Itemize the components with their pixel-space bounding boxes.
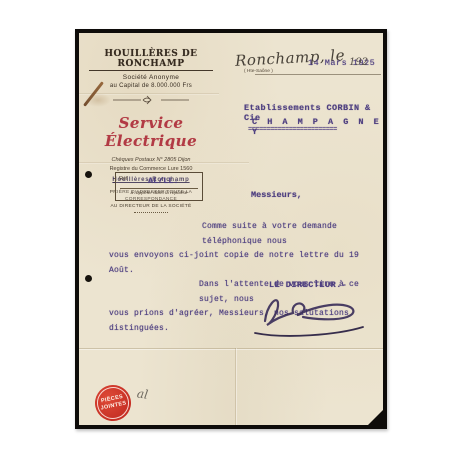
paper-fold-vertical bbox=[235, 348, 236, 425]
closing-title: LE DIRECTEUR.- bbox=[269, 280, 347, 290]
legal-form: Société Anonyme bbox=[89, 74, 213, 81]
folded-corner bbox=[368, 410, 383, 425]
hole-punch-bottom bbox=[85, 275, 92, 282]
reference-hint: à rappeler dans la réponse bbox=[116, 191, 202, 196]
recipient-underline: ======================== bbox=[248, 126, 337, 134]
reference-value: AL/LL. bbox=[148, 176, 179, 186]
notice-divider bbox=[134, 212, 168, 213]
reference-label: Réf bbox=[119, 176, 128, 182]
product-photo-background: HOUILLÈRES DE RONCHAMP Société Anonyme a… bbox=[0, 0, 458, 458]
pieces-jointes-stamp: PIÈCES JOINTES bbox=[92, 382, 135, 425]
reference-box: Réf AL/LL. à rappeler dans la réponse bbox=[115, 172, 203, 201]
reference-box-rule bbox=[120, 188, 198, 189]
notice-line-2: AU DIRECTEUR DE LA SOCIÉTÉ bbox=[89, 203, 213, 210]
letter-paper: HOUILLÈRES DE RONCHAMP Société Anonyme a… bbox=[79, 33, 383, 425]
flourish-divider-icon bbox=[89, 92, 213, 110]
body-line-2: vous envoyons ci-joint copie de notre le… bbox=[109, 249, 375, 278]
service-name: Service Électrique bbox=[89, 114, 213, 150]
paper-fold-horizontal bbox=[79, 348, 383, 349]
pencil-initials: al bbox=[136, 386, 149, 401]
company-name: HOUILLÈRES DE RONCHAMP bbox=[89, 49, 213, 71]
body-line-1: Comme suite à votre demande téléphonique… bbox=[109, 220, 375, 249]
dateline-rule bbox=[255, 74, 381, 75]
letter-photo-frame: HOUILLÈRES DE RONCHAMP Société Anonyme a… bbox=[75, 29, 387, 429]
cheques-postaux-line: Chèques Postaux N° 2805 Dijon bbox=[89, 157, 213, 163]
printed-year: 192 bbox=[349, 57, 368, 68]
salutation: Messieurs, bbox=[251, 190, 302, 200]
capital-line: au Capital de 8.000.000 Frs bbox=[89, 83, 213, 89]
stamp-ring bbox=[94, 384, 132, 422]
director-signature bbox=[251, 291, 371, 337]
